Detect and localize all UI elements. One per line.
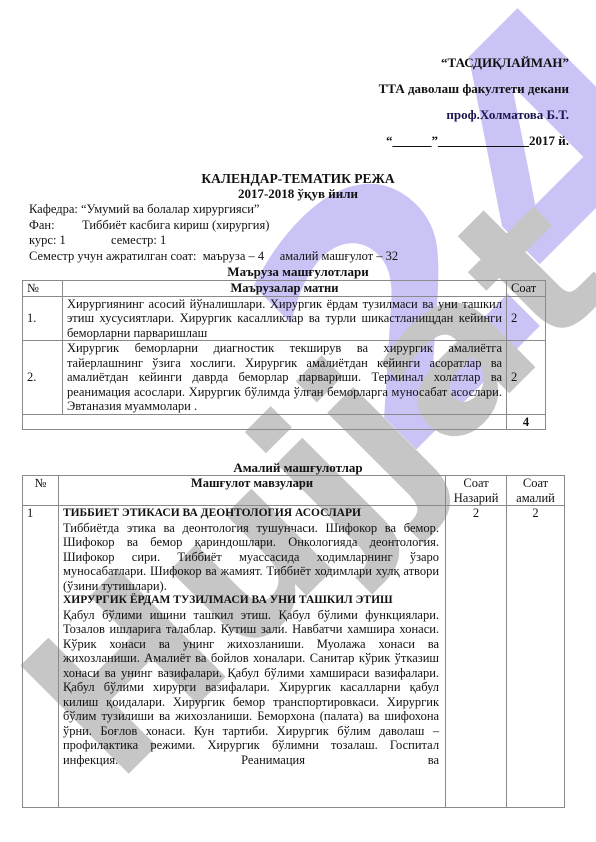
header-practice-line2: амалий [509, 491, 562, 506]
header-topics: Машғулот мавзулари [58, 476, 445, 506]
row-hours: 2 [507, 296, 546, 341]
lecture-hours: маъруза – 4 [203, 249, 264, 263]
date-year: 2017 й. [529, 133, 569, 148]
approval-position: ТТА даволаш факултети декани [379, 76, 569, 102]
approval-date: “______”______________2017 й. [379, 128, 569, 154]
header-text: Маърузалар матни [62, 281, 506, 297]
topic-heading: ХИРУРГИК ЁРДАМ ТУЗИЛМАСИ ВА УНИ ТАШКИЛ Э… [63, 593, 439, 608]
subject-value: Тиббиёт касбига кириш (хирургия) [82, 218, 269, 232]
date-month-blank: ______________ [438, 133, 529, 148]
row-hours: 2 [507, 341, 546, 415]
course-value: курс: 1 [29, 233, 111, 249]
total-hours: 4 [507, 414, 546, 430]
table-row: 2. Хирургик беморларни диагностик текшир… [23, 341, 546, 415]
lectures-caption: Маъруза машғулотлари [0, 264, 596, 280]
practicals-table: № Машғулот мавзулари Соат Назарий Соат а… [22, 475, 565, 808]
course-row: курс: 1семестр: 1 [29, 233, 398, 249]
row-text: Хирургик беморларни диагностик текширув … [62, 341, 506, 415]
subject-label: Фан: [29, 218, 82, 234]
row-practice-hours: 2 [507, 506, 565, 808]
lectures-total-row: 4 [23, 414, 546, 430]
header-theory-line1: Соат [448, 476, 504, 491]
topic-heading: ТИББИЕТ ЭТИКАСИ ВА ДЕОНТОЛОГИЯ АСОСЛАРИ [63, 506, 439, 521]
row-num: 2. [23, 341, 63, 415]
topic-text: Тиббиётда этика ва деонтология тушунчаси… [63, 521, 439, 594]
approval-title: “ТАСДИҚЛАЙМАН” [379, 50, 569, 76]
row-text: Хирургиянинг асосий йўналишлари. Хирурги… [62, 296, 506, 341]
topic-text: Қабул бўлими ишини ташкил этиш. Қабул бў… [63, 608, 439, 768]
semester-value: семестр: 1 [111, 233, 166, 247]
header-theory-line2: Назарий [448, 491, 504, 506]
header-num: № [23, 476, 59, 506]
table-row: 1. Хирургиянинг асосий йўналишлари. Хиру… [23, 296, 546, 341]
row-theory-hours: 2 [446, 506, 507, 808]
academic-year: 2017-2018 ўқув йили [0, 186, 596, 202]
lectures-table: № Маърузалар матни Соат 1. Хирургиянинг … [22, 280, 546, 430]
row-num: 1 [23, 506, 59, 808]
header-num: № [23, 281, 63, 297]
hours-row: Семестр учун ажратилган соат: маъруза – … [29, 249, 398, 265]
department: Кафедра: “Умумий ва болалар хирургияси” [29, 202, 398, 218]
practicals-caption: Амалий машғулотлар [0, 460, 596, 476]
practical-hours: амалий машғулот – 32 [280, 249, 398, 263]
document-page: “ТАСДИҚЛАЙМАН” ТТА даволаш факултети дек… [0, 0, 596, 842]
approval-name: проф.Холматова Б.Т. [379, 102, 569, 128]
total-label-cell [23, 414, 507, 430]
practicals-header-row: № Машғулот мавзулари Соат Назарий Соат а… [23, 476, 565, 506]
date-day-blank: ______ [393, 133, 432, 148]
header-hours: Соат [507, 281, 546, 297]
document-title: КАЛЕНДАР-ТЕМАТИК РЕЖА [0, 171, 596, 187]
header-practice-line1: Соат [509, 476, 562, 491]
approval-block: “ТАСДИҚЛАЙМАН” ТТА даволаш факултети дек… [379, 50, 569, 154]
header-theory-hours: Соат Назарий [446, 476, 507, 506]
subject-row: Фан:Тиббиёт касбига кириш (хирургия) [29, 218, 398, 234]
course-meta: Кафедра: “Умумий ва болалар хирургияси” … [29, 202, 398, 264]
hours-label: Семестр учун ажратилган соат: [29, 249, 196, 263]
row-num: 1. [23, 296, 63, 341]
lectures-header-row: № Маърузалар матни Соат [23, 281, 546, 297]
header-practice-hours: Соат амалий [507, 476, 565, 506]
row-topics: ТИББИЕТ ЭТИКАСИ ВА ДЕОНТОЛОГИЯ АСОСЛАРИ … [58, 506, 445, 808]
table-row: 1 ТИББИЕТ ЭТИКАСИ ВА ДЕОНТОЛОГИЯ АСОСЛАР… [23, 506, 565, 808]
